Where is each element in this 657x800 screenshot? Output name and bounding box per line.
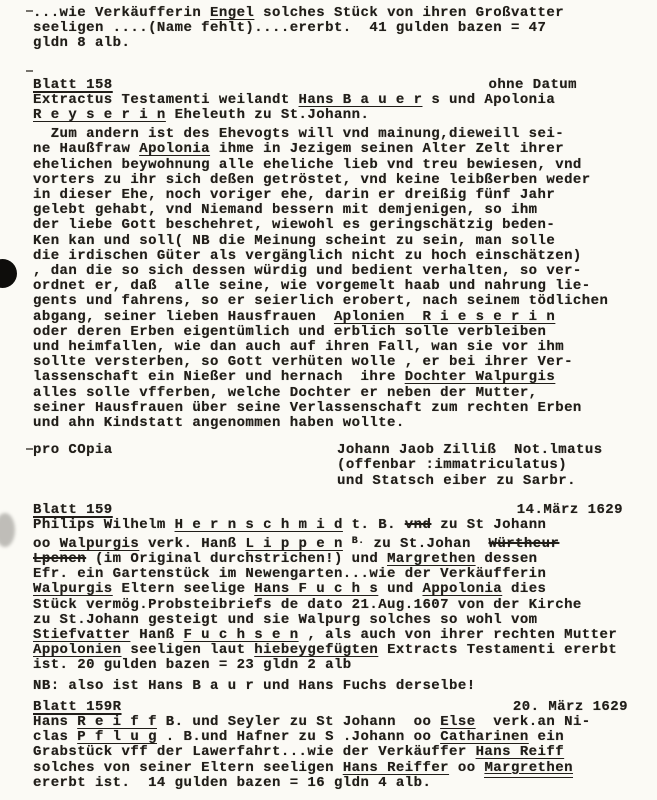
text-line: Hans R e i f f B. und Seyler zu St Johan… bbox=[33, 715, 637, 730]
emphasized-text-segment: Hans Reiffer bbox=[343, 760, 449, 776]
emphasized-text-segment: Margrethen bbox=[484, 760, 573, 778]
emphasized-text-segment: Stiefvatter bbox=[33, 627, 130, 643]
text-line: ...wie Verkäufferin Engel solches Stück … bbox=[33, 6, 637, 21]
text-segment: Stück vermög.Probsteibriefs de dato 21.A… bbox=[33, 597, 582, 613]
blatt-159r-body: Hans R e i f f B. und Seyler zu St Johan… bbox=[33, 715, 637, 791]
text-segment: Eheleuth zu St.Johann. bbox=[166, 107, 370, 123]
text-segment: Ken kan und soll( NB die Meinung scheint… bbox=[33, 233, 555, 249]
text-line: und heimfallen, wie dan auch auf ihren F… bbox=[33, 340, 637, 355]
text-segment: und Statsch eiber zu Sarbr. bbox=[337, 473, 576, 489]
text-segment: Johann Jaob Zilliß Not.lmatus bbox=[337, 442, 603, 458]
text-line: die irdischen Güter als vergänglich nich… bbox=[33, 249, 637, 264]
text-segment: abgang, seiner lieben Hausfrauen bbox=[33, 309, 334, 325]
text-line: (offenbar :immatriculatus) bbox=[337, 458, 603, 473]
emphasized-text-segment: R e y s e r i n bbox=[33, 107, 166, 123]
emphasized-text-segment: Lpenen bbox=[33, 551, 86, 567]
text-segment: in dieser Ehe, noch voriger ehe, darin e… bbox=[33, 187, 555, 203]
notary-signature-block: Johann Jaob Zilliß Not.lmatus(offenbar :… bbox=[337, 443, 603, 489]
text-segment: dies bbox=[502, 581, 546, 597]
nb-note: NB: also ist Hans B a u r und Hans Fuchs… bbox=[33, 679, 637, 694]
text-segment: Extractus Testamenti weilandt bbox=[33, 92, 299, 108]
blatt-159r-heading: Blatt 159R bbox=[33, 700, 122, 715]
emphasized-text-segment: vnd bbox=[405, 517, 432, 533]
text-line: Stück vermög.Probsteibriefs de dato 21.A… bbox=[33, 598, 637, 613]
text-line: lassenschaft ein Nießer und hernach ihre… bbox=[33, 370, 637, 385]
blatt-158-heading-row: Blatt 158 ohne Datum bbox=[33, 78, 637, 93]
text-line: in dieser Ehe, noch voriger ehe, darin e… bbox=[33, 188, 637, 203]
text-line: alles solle vfferben, welche Dochter er … bbox=[33, 386, 637, 401]
text-line: gents und fahrens, so er seierlich erobe… bbox=[33, 294, 637, 309]
text-line: Extractus Testamenti weilandt Hans B a u… bbox=[33, 93, 637, 108]
emphasized-text-segment: Appolonia bbox=[422, 581, 502, 597]
text-segment: solches von seiner Eltern seeligen bbox=[33, 760, 343, 776]
text-segment: NB: also ist Hans B a u r und Hans Fuchs… bbox=[33, 678, 476, 694]
text-line: solches von seiner Eltern seeligen Hans … bbox=[33, 761, 637, 776]
blatt-158-title: Extractus Testamenti weilandt Hans B a u… bbox=[33, 93, 637, 123]
blatt-158-body: Zum andern ist des Ehevogts will vnd mai… bbox=[33, 127, 637, 431]
text-line: , dan die so sich dessen würdig und bedi… bbox=[33, 264, 637, 279]
text-segment: oo bbox=[33, 536, 60, 552]
emphasized-text-segment: L i p p e n bbox=[245, 536, 342, 552]
text-segment: (im Original durchstrichen!) und bbox=[86, 551, 387, 567]
emphasized-text-segment: Engel bbox=[210, 5, 254, 21]
text-segment: Hanß bbox=[130, 627, 183, 643]
text-line: ererbt ist. 14 gulden bazen = 16 gldn 4 … bbox=[33, 776, 637, 791]
text-line: Stiefvatter Hanß F u c h s e n , als auc… bbox=[33, 628, 637, 643]
text-segment: ist. 20 gulden bazen = 23 gldn 2 alb bbox=[33, 657, 352, 673]
hole-punch-mark bbox=[0, 259, 17, 288]
emphasized-text-segment: Catharinen bbox=[440, 729, 529, 745]
text-line: seiner Hausfrauen über seine Verlassensc… bbox=[33, 401, 637, 416]
text-segment: ordnet er, daß alle seine, wie vorgemelt… bbox=[33, 278, 591, 294]
emphasized-text-segment: Walpurgis bbox=[33, 581, 113, 597]
text-segment: ehelichen beywohnung alle eheliche lieb … bbox=[33, 157, 582, 173]
text-segment: ihme in Jezigem seinen Alter Zelt ihrer bbox=[210, 141, 564, 157]
text-line: Walpurgis Eltern seelige Hans F u c h s … bbox=[33, 582, 637, 597]
text-segment: und ahn Kindstatt angenommen haben wollt… bbox=[33, 415, 405, 431]
text-segment: und bbox=[378, 581, 422, 597]
emphasized-text-segment: H e r n s c h m i d bbox=[175, 517, 343, 533]
text-segment: solches Stück von ihren Großvatter bbox=[254, 5, 564, 21]
text-segment: seeligen ....(Name fehlt)....ererbt. 41 … bbox=[33, 20, 546, 36]
text-line: und Statsch eiber zu Sarbr. bbox=[337, 474, 603, 489]
emphasized-text-segment: F u c h s e n bbox=[183, 627, 298, 643]
text-segment: seeligen laut bbox=[122, 642, 255, 658]
text-segment: die irdischen Güter als vergänglich nich… bbox=[33, 248, 582, 264]
text-segment: zu St.Johan bbox=[365, 536, 489, 552]
pro-copia-label: pro COpia bbox=[33, 442, 113, 458]
text-segment: , dan die so sich dessen würdig und bedi… bbox=[33, 263, 582, 279]
text-segment: (offenbar :immatriculatus) bbox=[337, 457, 567, 473]
intro-entry: ...wie Verkäufferin Engel solches Stück … bbox=[33, 6, 637, 52]
text-segment: zu St Johann bbox=[431, 517, 546, 533]
blatt-159r-date: 20. März 1629 bbox=[513, 700, 628, 715]
margin-dash bbox=[26, 70, 33, 72]
text-segment: ...wie Verkäufferin bbox=[33, 5, 210, 21]
smudge-mark bbox=[0, 513, 15, 547]
text-segment: . B.und Hafner zu S .Johann oo bbox=[157, 729, 440, 745]
emphasized-text-segment: Würtheur bbox=[489, 536, 560, 552]
text-line: Lpenen (im Original durchstrichen!) und … bbox=[33, 552, 637, 567]
text-segment: ererbt ist. 14 gulden bazen = 16 gldn 4 … bbox=[33, 775, 431, 791]
text-line: ne Haußfraw Apolonia ihme in Jezigem sei… bbox=[33, 142, 637, 157]
text-line: zu St.Johann gesteigt und sie Walpurg so… bbox=[33, 613, 637, 628]
text-segment: seiner Hausfrauen über seine Verlassensc… bbox=[33, 400, 582, 416]
text-segment: gelebt gehabt, vnd Niemand bessern mit d… bbox=[33, 202, 538, 218]
text-line: der liebe Gott beschehret, wiewohl es ge… bbox=[33, 218, 637, 233]
text-line: Grabstück vff der Lawerfahrt...wie der V… bbox=[33, 745, 637, 760]
text-segment: s und Apolonia bbox=[422, 92, 555, 108]
emphasized-text-segment: Else bbox=[440, 714, 475, 730]
text-segment: vorters zu ihr sich deßen getröstet, vnd… bbox=[33, 172, 591, 188]
text-segment: gents und fahrens, so er seierlich erobe… bbox=[33, 293, 608, 309]
text-line: abgang, seiner lieben Hausfrauen Aplonie… bbox=[33, 310, 637, 325]
text-segment: ne Haußfraw bbox=[33, 141, 139, 157]
emphasized-text-segment: Appolonien bbox=[33, 642, 122, 658]
text-line: ist. 20 gulden bazen = 23 gldn 2 alb bbox=[33, 658, 637, 673]
text-line: R e y s e r i n Eheleuth zu St.Johann. bbox=[33, 108, 637, 123]
text-segment: lassenschaft ein Nießer und hernach ihre bbox=[33, 369, 405, 385]
text-line: Ken kan und soll( NB die Meinung scheint… bbox=[33, 234, 637, 249]
emphasized-text-segment: Hans F u c h s bbox=[254, 581, 378, 597]
text-segment: gldn 8 alb. bbox=[33, 35, 130, 51]
text-segment: ein bbox=[529, 729, 564, 745]
emphasized-text-segment: Hans B a u e r bbox=[299, 92, 423, 108]
text-segment: zu St.Johann gesteigt und sie Walpurg so… bbox=[33, 612, 538, 628]
text-segment: sollte versterben, so Gott verhüten woll… bbox=[33, 354, 573, 370]
margin-dash bbox=[26, 10, 33, 12]
emphasized-text-segment: Apolonia bbox=[139, 141, 210, 157]
text-segment: Efr. ein Gartenstück im Newengarten...wi… bbox=[33, 566, 546, 582]
text-segment: oder deren Erben eigentümlich und erblic… bbox=[33, 324, 546, 340]
text-line: oo Walpurgis verk. Hanß L i p p e n B. z… bbox=[33, 534, 637, 552]
margin-dash bbox=[26, 448, 33, 450]
text-segment: Hans bbox=[33, 714, 77, 730]
text-segment: alles solle vfferben, welche Dochter er … bbox=[33, 385, 538, 401]
text-line: Philips Wilhelm H e r n s c h m i d t. B… bbox=[33, 518, 637, 533]
text-segment: der liebe Gott beschehret, wiewohl es ge… bbox=[33, 217, 555, 233]
text-line: ehelichen beywohnung alle eheliche lieb … bbox=[33, 158, 637, 173]
blatt-158-date: ohne Datum bbox=[488, 78, 577, 93]
emphasized-text-segment: Hans Reiff bbox=[476, 744, 565, 760]
emphasized-text-segment: Dochter Walpurgis bbox=[405, 369, 555, 385]
text-line: gldn 8 alb. bbox=[33, 36, 637, 51]
emphasized-text-segment: B. bbox=[352, 536, 365, 547]
text-line: NB: also ist Hans B a u r und Hans Fuchs… bbox=[33, 679, 637, 694]
text-line: vorters zu ihr sich deßen getröstet, vnd… bbox=[33, 173, 637, 188]
text-segment: verk.an Ni- bbox=[476, 714, 591, 730]
text-segment: clas bbox=[33, 729, 77, 745]
text-segment: B. und Seyler zu St Johann oo bbox=[157, 714, 440, 730]
text-line: und ahn Kindstatt angenommen haben wollt… bbox=[33, 416, 637, 431]
signature-row: pro COpia Johann Jaob Zilliß Not.lmatus(… bbox=[33, 443, 637, 489]
text-segment bbox=[343, 536, 352, 552]
blatt-159r-heading-row: Blatt 159R 20. März 1629 bbox=[33, 700, 637, 715]
typewritten-register-page: ...wie Verkäufferin Engel solches Stück … bbox=[0, 0, 657, 800]
emphasized-text-segment: Margrethen bbox=[387, 551, 476, 567]
text-segment: Eltern seelige bbox=[113, 581, 255, 597]
emphasized-text-segment: Walpurgis bbox=[60, 536, 140, 552]
emphasized-text-segment: hiebeygefügten bbox=[254, 642, 378, 658]
text-segment: Grabstück vff der Lawerfahrt...wie der V… bbox=[33, 744, 476, 760]
text-segment: , als auch von ihrer rechten Mutter bbox=[299, 627, 618, 643]
text-segment: oo bbox=[449, 760, 484, 776]
text-segment: Zum andern ist des Ehevogts will vnd mai… bbox=[33, 126, 564, 142]
text-segment: und heimfallen, wie dan auch auf ihren F… bbox=[33, 339, 564, 355]
text-segment: t. B. bbox=[343, 517, 405, 533]
text-segment: verk. Hanß bbox=[139, 536, 245, 552]
blatt-159-body: Philips Wilhelm H e r n s c h m i d t. B… bbox=[33, 518, 637, 673]
blatt-158-heading: Blatt 158 bbox=[33, 78, 113, 93]
emphasized-text-segment: R e i f f bbox=[77, 714, 157, 730]
text-segment: dessen bbox=[476, 551, 538, 567]
text-segment: Extracts Testamenti ererbt bbox=[378, 642, 617, 658]
emphasized-text-segment: P f l u g bbox=[77, 729, 157, 745]
emphasized-text-segment: Aplonien R i e s e r i n bbox=[334, 309, 555, 325]
text-segment: Philips Wilhelm bbox=[33, 517, 175, 533]
text-line: oder deren Erben eigentümlich und erblic… bbox=[33, 325, 637, 340]
